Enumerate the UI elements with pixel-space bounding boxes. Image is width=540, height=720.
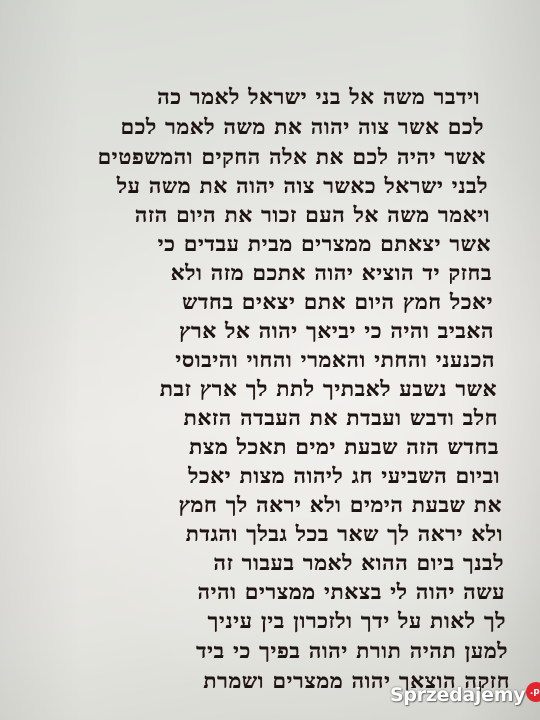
manuscript-line: וידבר משה אל בני ישראל לאמר כה: [75, 82, 480, 112]
manuscript-line: עשה יהוה לי בצאתי ממצרים והיה: [25, 577, 505, 607]
manuscript-line: חלב ודבש ועבדת את העבדה הזאת: [42, 403, 498, 433]
manuscript-line: לך לאות על ידך ולזכרון בין עיניך: [22, 606, 506, 636]
manuscript-line: אשר יצאתם ממצרים מבית עבדים כי: [59, 229, 491, 259]
manuscript-line: אשר נשבע לאבתיך לתת לך ארץ זבת: [45, 374, 497, 404]
manuscript-line: יאכל חמץ היום אתם יצאים בחדש: [53, 287, 493, 317]
manuscript-line: ויאמר משה אל העם זכור את היום הזה: [62, 200, 490, 230]
manuscript-line: לכם אשר צוה יהוה את משה לאמר לכם: [72, 112, 484, 142]
manuscript-line: בחזק יד הוציא יהוה אתכם מזה ולא: [56, 258, 492, 288]
manuscript-line: אשר יהיה לכם את אלה החקים והמשפטים: [68, 142, 486, 172]
manuscript-line: האביב והיה כי יביאך יהוה אל ארץ: [50, 316, 494, 346]
manuscript-line: לבנך ביום ההוא לאמר בעבור זה: [28, 548, 504, 578]
watermark-text: Sprzedajemy: [390, 684, 525, 706]
watermark-badge-icon: .pl: [526, 682, 540, 702]
manuscript-line: לבני ישראל כאשר צוה יהוה את משה על: [65, 171, 488, 201]
watermark-logo: Sprzedajemy .pl: [390, 684, 540, 706]
manuscript-line: הכנעני והחתי והאמרי והחוי והיבוסי: [47, 345, 495, 375]
manuscript-line: למען תהיה תורת יהוה בפיך כי ביד: [18, 636, 508, 666]
manuscript-line: את שבעת הימים ולא יראה לך חמץ: [34, 490, 502, 520]
manuscript-line: בחדש הזה שבעת ימים תאכל מצת: [39, 432, 499, 462]
manuscript-line: וביום השביעי חג ליהוה מצות יאכל: [36, 461, 500, 491]
manuscript-line: ולא יראה לך שאר בכל גבלך והגדת: [31, 519, 503, 549]
